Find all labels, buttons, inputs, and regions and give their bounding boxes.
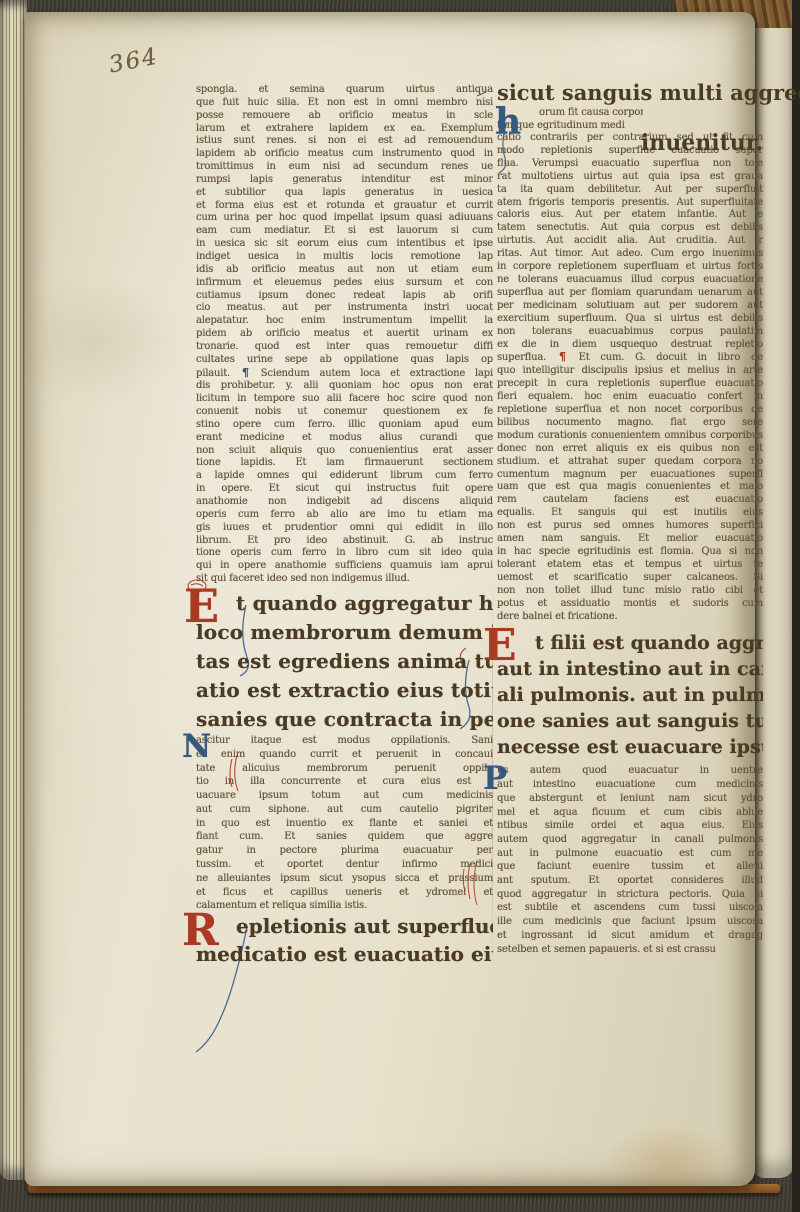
text-line: cio meatus. aut per instrumenta instri u… <box>196 302 493 315</box>
text-line: non non tollet illud tunc misio ratio ci… <box>497 585 763 598</box>
right-paragraph-main: catio contrariis per contrarium sed ut f… <box>497 132 763 623</box>
book-page-edges-left <box>0 0 27 1180</box>
text-line: tate alicuius membrorum peruenit oppila <box>196 762 493 776</box>
text-line: cumentum magnum per euacuationes superfl <box>497 469 763 482</box>
text-line: ille cum medicinis que faciunt ipsum uis… <box>497 915 763 929</box>
text-line: et subtilior qua lapis generatus in uesi… <box>196 187 493 200</box>
text-line: aut in pulmone euacuatio est cum me <box>497 847 763 861</box>
text-line: licitum in tempore suo alii facere hoc s… <box>196 393 493 406</box>
text-line: sanies que contracta in pectore <box>196 705 493 734</box>
text-line: aut cum siphone. aut cum cautelio pigrit… <box>196 803 493 817</box>
text-line: quod aggregatur in strictura pectoris. Q… <box>497 888 763 902</box>
text-line: gatur in pectore plurima euacuatur per <box>196 844 493 858</box>
text-line: calamentum et reliqua similia istis. <box>196 899 493 913</box>
text-line: qui in opere anathomie sufficiens quamui… <box>196 560 493 573</box>
text-line: uacuare ipsum totum aut cum medicinis <box>196 789 493 803</box>
text-line: non sciuit aliquis quo conuenientius era… <box>196 445 493 458</box>
text-line: est subtile et ascendens cum tussi uisco… <box>497 901 763 915</box>
text-line: fiant cum. Et sanies quidem que aggre <box>196 830 493 844</box>
text-line: et ingrossant id sicut amidum et dragag <box>497 929 763 943</box>
text-line: istius sunt renes. si non ei est ad remo… <box>196 135 493 148</box>
text-line: gis iuues et prudentior omni qui edidit … <box>196 522 493 535</box>
text-line: t filii est quando aggregatur in stomach… <box>497 630 763 656</box>
text-line: in opere. Et sicut qui instructus fuit o… <box>196 483 493 496</box>
right-display-paragraph: E t filii est quando aggregatur in stoma… <box>497 630 763 760</box>
text-line: a lapide omnes qui ediderunt librum cum … <box>196 470 493 483</box>
text-line: mel et aqua ficuum et cum cibis ablue <box>497 806 763 820</box>
intro-lines: orum fit causa corporis intamque egritud… <box>497 106 763 132</box>
text-line: pidem ab orificio meatus et auertit urin… <box>196 328 493 341</box>
text-line: conuenit nobis ut conemur questionem ex … <box>196 406 493 419</box>
text-line: et ficus et capillus ueneris et ydromel … <box>196 886 493 900</box>
text-line: idis ab orificio meatus aut non ut etiam… <box>196 264 493 277</box>
decorated-initial-P: P <box>483 762 507 794</box>
folio-number: 364 <box>107 43 161 78</box>
text-line: tas est egrediens anima tunc cur <box>196 647 493 676</box>
text-line: loco membrorum demum illa humidi <box>196 618 493 647</box>
right-text-column: sicut sanguis multi aggregati h inuenitu… <box>497 80 763 956</box>
text-line: posse remouere ab orificio meatus in scl… <box>196 110 493 123</box>
text-line: que faciunt euenire tussim et alleui <box>497 860 763 874</box>
text-line: tolerant etatem etas et tempus et uirtus… <box>497 559 763 572</box>
text-line: spongia. et semina quarum uirtus antiqua <box>196 84 493 97</box>
text-line: tromittimus in eum nisi ad secundum rene… <box>196 161 493 174</box>
text-line: alepatatur. hoc enim instrumentum impell… <box>196 315 493 328</box>
text-line: larum et extrahere lapidem ex ea. Exempl… <box>196 123 493 136</box>
text-line: ex die in diem usquequo destruat repleti… <box>497 339 763 352</box>
book-edge-shadow <box>792 0 800 1212</box>
text-line: epletionis aut superflue <box>196 913 493 941</box>
book-photo: 364 spongia. et semina quarum uirtus ant… <box>0 0 800 1212</box>
text-line: tio in illa concurrente et cura eius est… <box>196 775 493 789</box>
text-line: superflua. ¶ Et cum. G. docuit in libro … <box>497 351 763 365</box>
text-line: rat multotiens uirtus aut quia ipsa est … <box>497 171 763 184</box>
display-lines: t quando aggregatur humiditas inloco mem… <box>196 589 493 734</box>
text-line: ta ita quam debilitetur. Aut per superfl… <box>497 184 763 197</box>
text-line: studium. et attrahat super quedam corpor… <box>497 456 763 469</box>
text-line: exercitium superfluum. Qua si uirtus est… <box>497 313 763 326</box>
text-line: tussim. et oportet dentur infirmo medici <box>196 858 493 872</box>
text-line: atio est extractio eius totius sicut <box>196 676 493 705</box>
text-line: in quo est inuentio ex flante et saniei … <box>196 817 493 831</box>
chapter-heading-line2: inuenitur. <box>641 130 763 156</box>
text-line: in corpore repletionem superfluam et uir… <box>497 261 763 274</box>
text-line: in uesica sic sit eorum eius cum intenti… <box>196 238 493 251</box>
left-paragraph-oppilatio: N ascitur itaque est modus oppilationis.… <box>196 734 493 913</box>
text-line: operis cum ferro ab alio are imo tu etia… <box>196 509 493 522</box>
text-line: uemost et scarificatio super calcaneos. … <box>497 572 763 585</box>
text-line: t quando aggregatur humiditas in <box>196 589 493 618</box>
text-line: anathomie non indigebit ad discens aliqu… <box>196 496 493 509</box>
text-line: tronarie. quod est inter quas remouetur … <box>196 341 493 354</box>
text-line: medicatio est euacuatio eius <box>196 941 493 969</box>
text-line: flua. Verumpsi euacuatio superflua non t… <box>497 158 763 171</box>
text-line: necesse est euacuare ipsum totum. <box>497 734 763 760</box>
pilcrow-mark: ¶ <box>557 351 568 363</box>
text-line: aut in intestino aut in can <box>497 656 763 682</box>
left-display-paragraph: E t quando aggregatur humiditas inloco m… <box>196 589 493 734</box>
text-line: potus et assiduatio montis et sudoris cu… <box>497 598 763 611</box>
text-line: one sanies aut sanguis tunc <box>497 708 763 734</box>
text-line: ne tolerans euacuamus illud corpus euacu… <box>497 274 763 287</box>
text-line: precepit in cura repletionis superflue e… <box>497 378 763 391</box>
text-line: us autem quod euacuatur in uentre <box>497 764 763 778</box>
text-line: dere balnei et fricatione. <box>497 611 763 624</box>
text-line: rumpsi lapis generatus intenditur est mi… <box>196 174 493 187</box>
decorated-initial-E: E <box>483 624 517 668</box>
text-line: tatem senectutis. Aut quia corpus est de… <box>497 222 763 235</box>
text-line: et forma eius est et rotunda et grauatur… <box>196 200 493 213</box>
text-line: cum urina per hoc quod impellat ipsum qu… <box>196 212 493 225</box>
text-line: dis prohibetur. y. alii quoniam hoc opus… <box>196 380 493 393</box>
text-line: que abstergunt et leniunt nam sicut ydro <box>497 792 763 806</box>
text-line: infirmum et eleuemus pedes eius sursum e… <box>196 277 493 290</box>
text-line: amen nam sanguis. Et melior euacuatio <box>497 533 763 546</box>
text-line: per medicinam solutiuam aut per sudorem … <box>497 300 763 313</box>
text-line: tione operis cum ferro in libro cum sit … <box>196 547 493 560</box>
pilcrow-mark: ¶ <box>240 367 251 379</box>
text-line: aut intestino euacuatione cum medicinis <box>497 778 763 792</box>
text-line: quo intelligitur discipulis ipsius et me… <box>497 365 763 378</box>
text-line: ali pulmonis. aut in pulm <box>497 682 763 708</box>
text-line: caloris eius. Aut per etatem infantie. A… <box>497 209 763 222</box>
text-line: ritas. Aut timor. Aut adeo. Cum ergo inu… <box>497 248 763 261</box>
display-lines: epletionis aut superfluemedicatio est eu… <box>196 913 493 968</box>
text-line: modum curationis conuenientem omnibus co… <box>497 430 763 443</box>
text-line: superflua aut per flomiam quarundam uena… <box>497 287 763 300</box>
text-line: setelben et semen papaueris. et si est c… <box>497 943 763 957</box>
text-line: uirtutis. Aut accidit alia. Aut cruditia… <box>497 235 763 248</box>
text-line: librum. Et pro ideo abstinuit. G. ab ins… <box>196 535 493 548</box>
left-paragraph-main: spongia. et semina quarum uirtus antiqua… <box>196 84 493 586</box>
text-line: non tolerans euacuabimus corpus paulatim <box>497 326 763 339</box>
text-line: tione lapidis. Et iam firmauerunt sectio… <box>196 457 493 470</box>
display-lines: t filii est quando aggregatur in stomach… <box>497 630 763 760</box>
text-line: bilibus nocumento magno. fiat ergo sere <box>497 417 763 430</box>
text-line: equalis. Et sanguis qui est inutilis eiu… <box>497 507 763 520</box>
text-line: rem cautelam faciens est euacuatio <box>497 494 763 507</box>
text-line: non est purus sed omnes humores superfic… <box>497 520 763 533</box>
text-line: indiget uesica in multis locis remotione… <box>196 251 493 264</box>
text-line: donec non erret aliquis ex eis quibus no… <box>497 443 763 456</box>
text-line: ascitur itaque est modus oppilationis. S… <box>196 734 493 748</box>
text-line: autem quod aggregatur in canali pulmonis <box>497 833 763 847</box>
text-line: sit qui faceret ideo sed non indigemus i… <box>196 573 493 586</box>
left-display-rubric: R epletionis aut superfluemedicatio est … <box>196 913 493 968</box>
text-line: ne alleuiantes ipsum sicut ysopus sicca … <box>196 872 493 886</box>
text-line: eam cum mediatur. Et si est lauorum si c… <box>196 225 493 238</box>
text-line: es enim quando currit et peruenit in con… <box>196 748 493 762</box>
decorated-initial-N: N <box>182 730 211 762</box>
text-line: fieri equalem. hoc enim euacuatio confer… <box>497 391 763 404</box>
text-line: repletione superflua et non nocet corpor… <box>497 404 763 417</box>
text-line: cutiamus ipsum donec redeat lapis ab ori… <box>196 290 493 303</box>
text-line: cultates urine sepe ab oppilatione quas … <box>196 354 493 367</box>
text-line: in hac specie egritudinis est flomia. Qu… <box>497 546 763 559</box>
text-line: ant sputum. Et oportet consideres illud <box>497 874 763 888</box>
decorated-initial-R: R <box>182 909 219 953</box>
text-line: ntibus simile ordei et aqua eius. Eius <box>497 819 763 833</box>
manuscript-page: 364 spongia. et semina quarum uirtus ant… <box>25 12 755 1186</box>
text-line: atem frigoris temporis presentis. Aut su… <box>497 197 763 210</box>
text-line: stino opere cum ferro. illic quoniam apu… <box>196 419 493 432</box>
text-line: pilauit. ¶ Sciendum autem loca et extrac… <box>196 367 493 381</box>
left-text-column: spongia. et semina quarum uirtus antiqua… <box>196 84 493 968</box>
decorated-initial-h: h <box>495 104 521 140</box>
text-line: que fuit huic silia. Et non est in omni … <box>196 97 493 110</box>
decorated-initial-E: E <box>184 583 219 629</box>
text-line: erant medicine et modus alius curandi qu… <box>196 432 493 445</box>
right-paragraph-pus: P us autem quod euacuatur in uentreaut i… <box>497 764 763 956</box>
chapter-heading-line1: sicut sanguis multi aggregati <box>497 80 763 106</box>
text-line: uam que est qua magis conuenientes et ma… <box>497 481 763 494</box>
text-line: lapidem ab orificio meatus cum instrumen… <box>196 148 493 161</box>
right-chapter-block: sicut sanguis multi aggregati h inuenitu… <box>497 80 763 623</box>
